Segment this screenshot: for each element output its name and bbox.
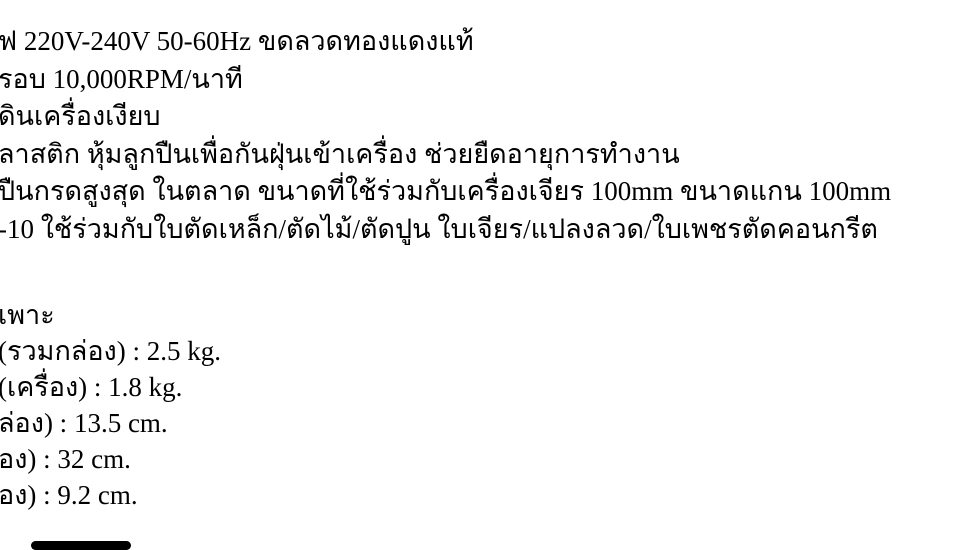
spec-line: (เครื่อง) : 1.8 kg. (0, 369, 960, 405)
description-line: ดินเครื่องเงียบ (0, 98, 960, 136)
product-description-page: ฟ 220V-240V 50-60Hz ขดลวดทองแดงแท้ รอบ 1… (0, 0, 960, 550)
description-line: รอบ 10,000RPM/นาที (0, 61, 960, 99)
description-line: -10 ใช้ร่วมกับใบตัดเหล็ก/ตัดไม้/ตัดปูน ใ… (0, 211, 960, 249)
spec-line: ล่อง) : 13.5 cm. (0, 405, 960, 441)
spec-line: อง) : 9.2 cm. (0, 477, 960, 513)
spec-line: เพาะ (0, 297, 960, 333)
description-line: ฟ 220V-240V 50-60Hz ขดลวดทองแดงแท้ (0, 23, 960, 61)
specifications-block: เพาะ (รวมกล่อง) : 2.5 kg. (เครื่อง) : 1.… (0, 297, 960, 513)
scrollbar-thumb[interactable] (31, 541, 131, 550)
description-line: ปืนกรดสูงสุด ในตลาด ขนาดที่ใช้ร่วมกับเคร… (0, 173, 960, 211)
spec-line: (รวมกล่อง) : 2.5 kg. (0, 333, 960, 369)
description-block: ฟ 220V-240V 50-60Hz ขดลวดทองแดงแท้ รอบ 1… (0, 23, 960, 248)
description-line: ลาสติก หุ้มลูกปืนเพื่อกันฝุ่นเข้าเครื่อง… (0, 136, 960, 174)
spec-line: อง) : 32 cm. (0, 441, 960, 477)
